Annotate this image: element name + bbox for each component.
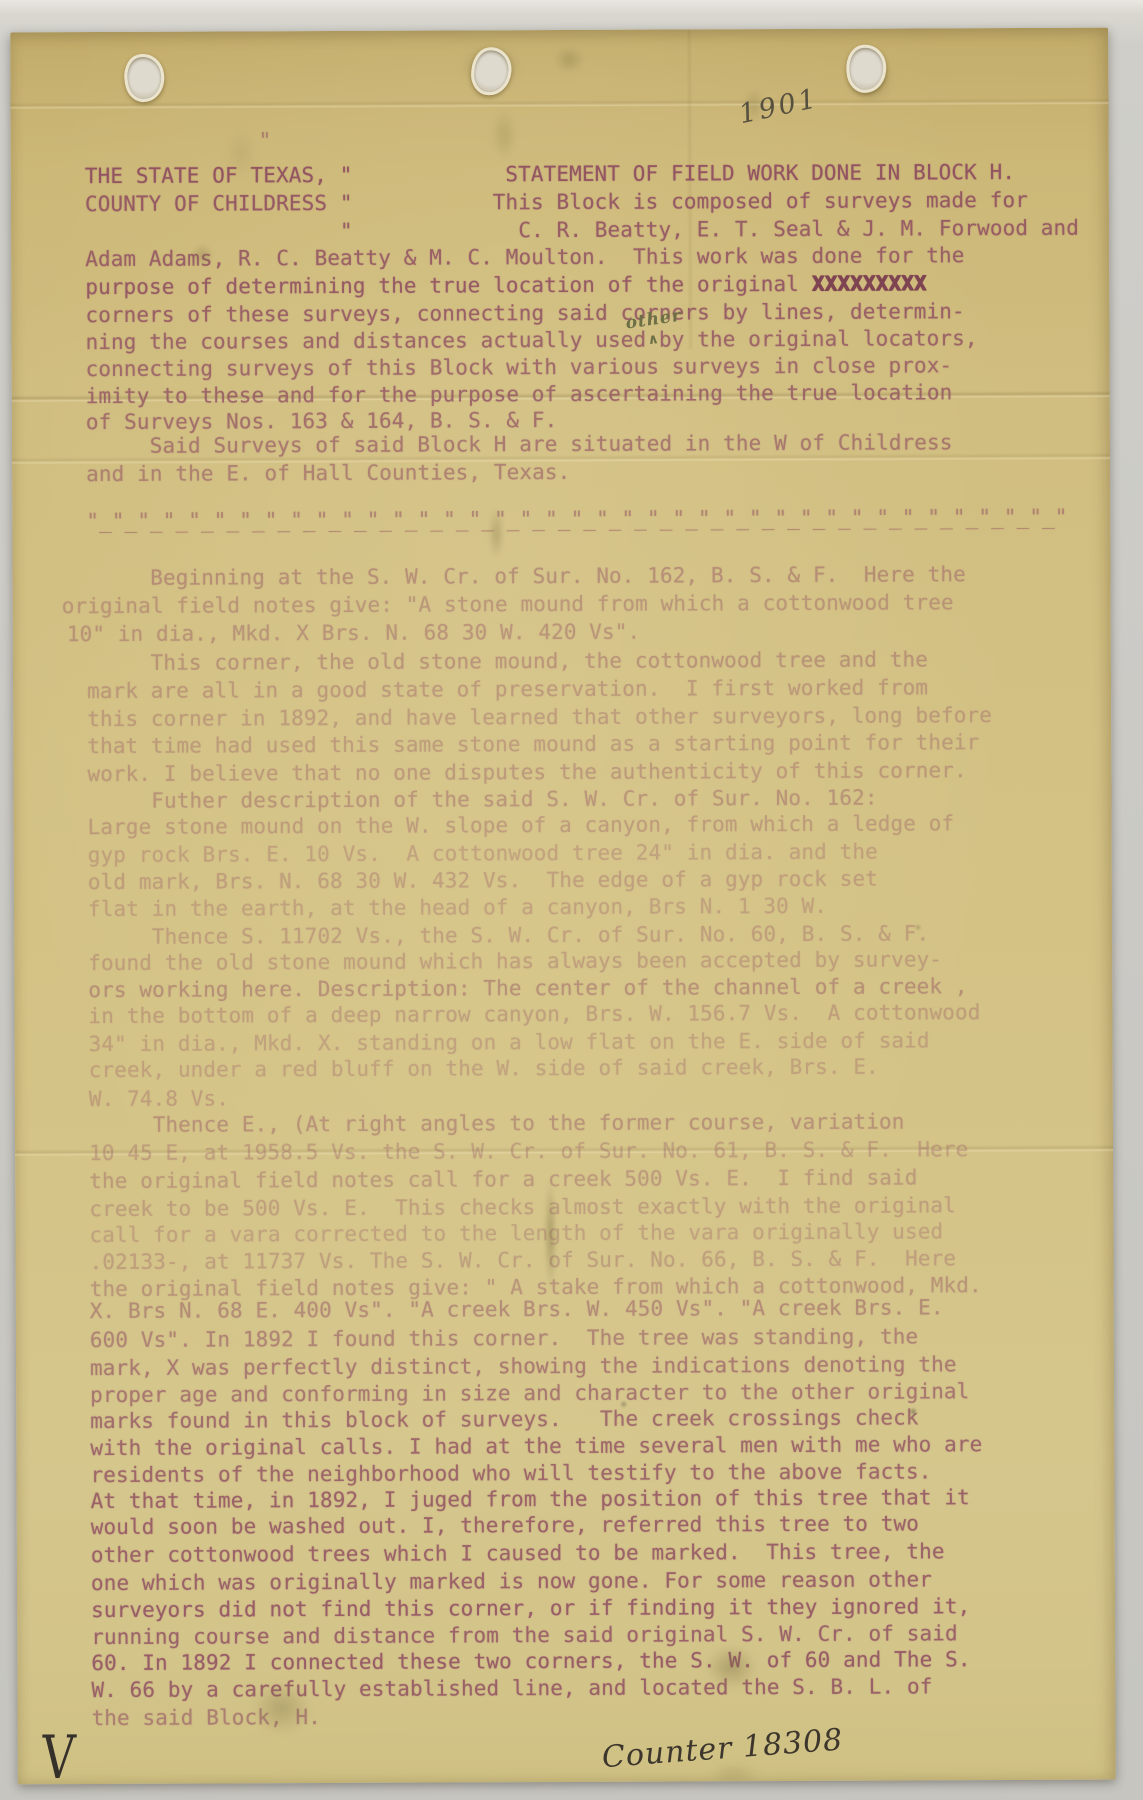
typed-line: the original field notes call for a cree… <box>89 1166 917 1192</box>
typed-line: "_"_"_"_"_"_"_"_"_"_"_"_"_"_"_"_"_"_"_"_… <box>86 506 1067 532</box>
typed-line: and in the E. of Hall Counties, Texas. <box>86 461 570 485</box>
typed-line: old mark, Brs. N. 68 30 W. 432 Vs. The e… <box>88 868 878 893</box>
typed-line: Futher description of the said S. W. Cr.… <box>87 787 877 812</box>
typed-line: Said Surveys of said Block H are situate… <box>86 431 953 457</box>
typed-line: found the old stone mound which has alwa… <box>88 948 942 974</box>
typed-line: that time had used this same stone mound… <box>87 731 979 757</box>
typed-line: ning the courses and distances actually … <box>85 327 977 353</box>
scan-background: { "document": { "kind": "Scanned typewri… <box>0 0 1143 1800</box>
typed-line: 60. In 1892 I connected these two corner… <box>91 1648 970 1674</box>
handwritten-year: 1901 <box>736 83 821 130</box>
typed-line: COUNTY OF CHILDRESS " This Block is comp… <box>85 189 1028 215</box>
typed-line: mark are all in a good state of preserva… <box>87 676 928 702</box>
typed-line: work. I believe that no one disputes the… <box>87 759 966 785</box>
typed-line: with the original calls. I had at the ti… <box>90 1433 982 1459</box>
typed-line: marks found in this block of surveys. Th… <box>90 1406 918 1432</box>
typed-line: of Surveys Nos. 163 & 164, B. S. & F. <box>86 409 558 433</box>
typed-line: " <box>259 129 272 151</box>
typed-line: running course and distance from the sai… <box>91 1622 958 1648</box>
typed-line: residents of the neighborhood who will t… <box>90 1460 931 1486</box>
typed-line: in the bottom of a deep narrow canyon, B… <box>88 1001 980 1027</box>
handwritten-counter-number: Counter 18308 <box>601 1722 845 1775</box>
typed-line: 10" in dia., Mkd. X Brs. N. 68 30 W. 420… <box>67 621 641 646</box>
punch-hole <box>845 43 888 94</box>
typed-line: " C. R. Beatty, E. T. Seal & J. M. Forwo… <box>85 217 1079 243</box>
typed-line: ors working here. Description: The cente… <box>88 975 967 1001</box>
typed-line: Adam Adams, R. C. Beatty & M. C. Moulton… <box>85 244 964 270</box>
paper-sheet: "THE STATE OF TEXAS, " STATEMENT OF FIEL… <box>10 28 1116 1785</box>
punch-hole <box>121 51 167 104</box>
scan-stain <box>486 100 521 170</box>
typed-line: Large stone mound on the W. slope of a c… <box>88 812 955 838</box>
typed-line: Thence S. 11702 Vs., the S. W. Cr. of Su… <box>88 922 929 948</box>
typed-line: Beginning at the S. W. Cr. of Sur. No. 1… <box>87 563 966 589</box>
scan-stain <box>739 81 767 129</box>
handwritten-check-mark: V <box>40 1722 77 1784</box>
typed-line: connecting surveys of this Block with va… <box>86 354 953 380</box>
typed-line: creek to be 500 Vs. E. This checks almos… <box>89 1194 956 1220</box>
typed-line: W. 66 by a carefully established line, a… <box>91 1675 932 1701</box>
typed-line: .02133-, at 11737 Vs. The S. W. Cr. of S… <box>90 1247 957 1273</box>
typed-line: corners of these surveys, connecting sai… <box>85 300 964 326</box>
scan-stain <box>549 42 589 77</box>
punch-hole-layer <box>10 28 1108 33</box>
typed-line: X. Brs N. 68 E. 400 Vs". "A creek Brs. W… <box>90 1296 944 1322</box>
typed-line: This corner, the old stone mound, the co… <box>87 648 928 674</box>
paper-crease <box>10 98 1108 110</box>
typed-line: Thence E., (At right angles to the forme… <box>89 1111 905 1137</box>
typed-line: creek, under a red bluff on the W. side … <box>89 1056 879 1081</box>
punch-hole <box>469 46 513 97</box>
typed-line: purpose of determining the true location… <box>85 272 926 298</box>
typed-line: one which was originally marked is now g… <box>91 1568 932 1594</box>
typed-line: flat in the earth, at the head of a cany… <box>88 895 827 920</box>
typed-line: surveyors did not find this corner, or i… <box>91 1595 970 1621</box>
typed-line: THE STATE OF TEXAS, " STATEMENT OF FIELD… <box>85 161 1015 187</box>
scan-stain <box>699 1757 769 1784</box>
typed-line: would soon be washed out. I, therefore, … <box>91 1512 919 1538</box>
typed-line: original field notes give: "A stone moun… <box>62 591 954 617</box>
typed-line: other cottonwood trees which I caused to… <box>91 1540 945 1566</box>
typed-line: this corner in 1892, and have learned th… <box>87 704 992 730</box>
typed-line: 600 Vs". In 1892 I found this corner. Th… <box>90 1325 918 1351</box>
typed-line: imity to these and for the purpose of as… <box>86 381 953 407</box>
typed-line: 34" in dia., Mkd. X. standing on a low f… <box>89 1029 930 1055</box>
typed-line: the said Block, H. <box>91 1706 320 1729</box>
typed-line: At that time, in 1892, I juged from the … <box>91 1486 970 1512</box>
crease-layer <box>10 28 1108 33</box>
typed-line: call for a vara corrected to the length … <box>89 1220 943 1246</box>
typed-line: 10 45 E, at 1958.5 Vs. the S. W. Cr. of … <box>89 1138 968 1164</box>
typed-line: mark, X was perfectly distinct, showing … <box>90 1353 957 1379</box>
typed-text-layer: "THE STATE OF TEXAS, " STATEMENT OF FIEL… <box>10 28 1108 33</box>
typed-line: W. 74.8 Vs. <box>89 1087 229 1110</box>
typed-line: proper age and conforming in size and ch… <box>90 1380 969 1406</box>
typed-line: gyp rock Brs. E. 10 Vs. A cottonwood tre… <box>88 841 878 866</box>
stain-layer <box>10 28 1108 33</box>
